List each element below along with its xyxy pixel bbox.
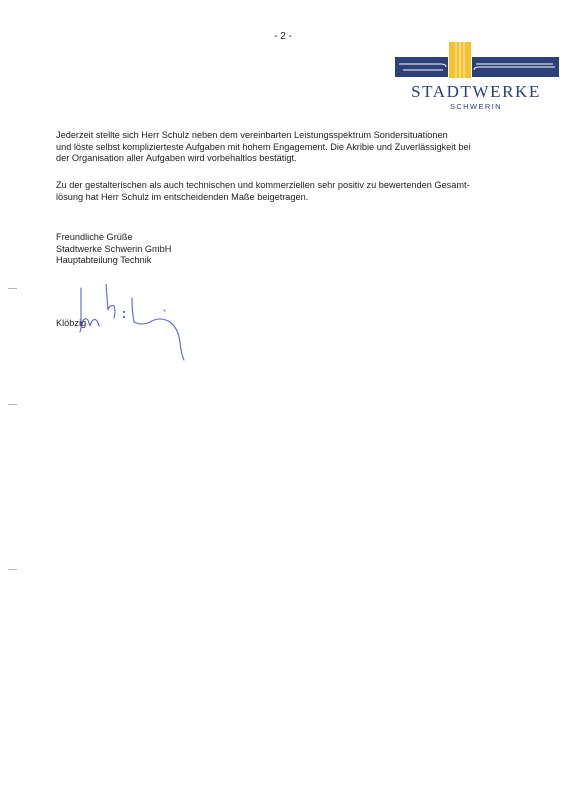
paragraph-1-line: und löste selbst komplizierteste Aufgabe… [56,142,556,154]
fold-mark [8,288,17,289]
paragraph-1-line: der Organisation aller Aufgaben wird vor… [56,153,556,165]
department-name: Hauptabteilung Technik [56,255,151,267]
punch-mark [8,404,17,405]
paragraph-2: Zu der gestalterischen als auch technisc… [56,180,556,203]
handwritten-signature-icon [66,284,216,364]
paragraph-2-line: Zu der gestalterischen als auch technisc… [56,180,556,192]
company-logo: STADTWERKE SCHWERIN [393,40,561,112]
closing-salutation: Freundliche Grüße [56,232,133,244]
logo-city-name: SCHWERIN [393,102,559,111]
company-name: Stadtwerke Schwerin GmbH [56,244,171,256]
paragraph-1-line: Jederzeit stellte sich Herr Schulz neben… [56,130,556,142]
paragraph-1: Jederzeit stellte sich Herr Schulz neben… [56,130,556,165]
fold-mark [8,569,17,570]
paragraph-2-line: lösung hat Herr Schulz im entscheidenden… [56,192,556,204]
stadtwerke-logo-icon [393,40,561,82]
signer-name: Klöbzig [56,318,86,330]
logo-company-name: STADTWERKE [393,82,559,102]
